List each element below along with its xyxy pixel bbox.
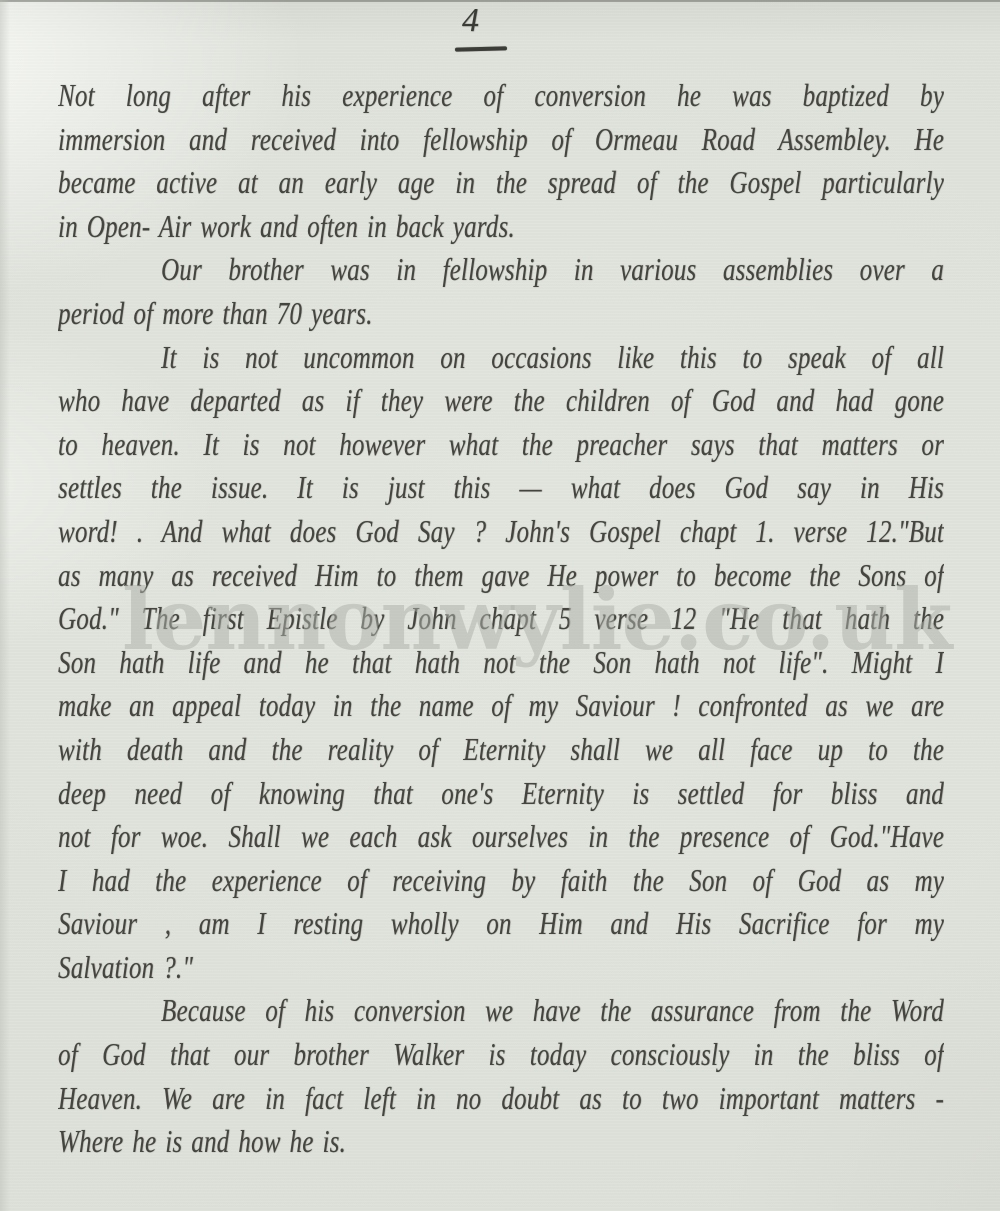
page-number: 4 [462,2,479,40]
text-line: Where he is and how he is. [58,1115,944,1171]
scanned-document-page: { "page": { "number": "4", "watermark": … [0,0,1000,1211]
text-block: Not long after his experience of convers… [58,76,944,1166]
